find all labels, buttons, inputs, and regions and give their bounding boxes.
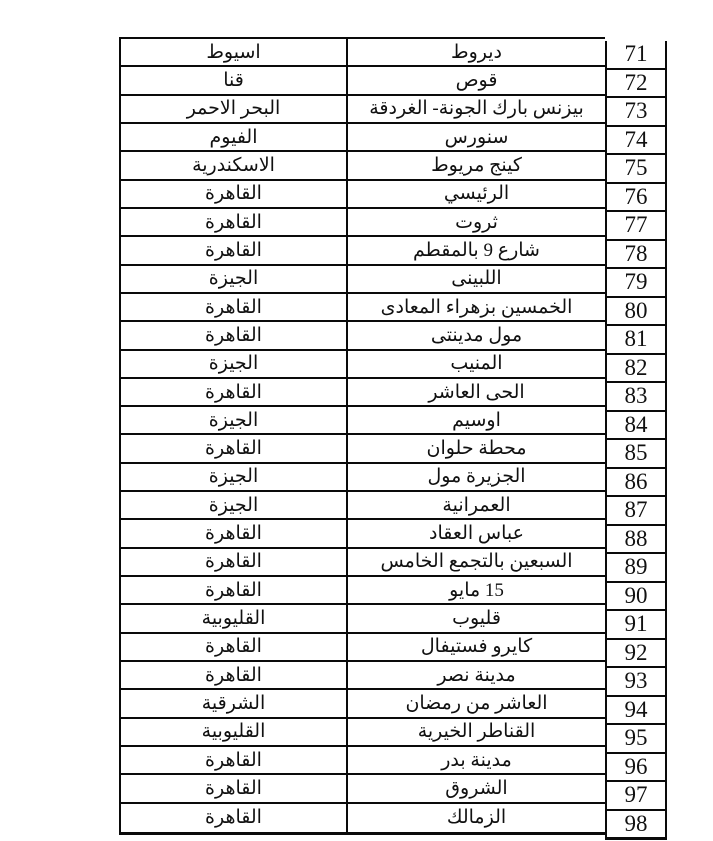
branch-cell: العمرانية — [346, 492, 605, 520]
row-number-cell: 90 — [607, 583, 665, 612]
governorate-cell: القليوبية — [121, 719, 346, 747]
row-number-cell: 83 — [607, 383, 665, 412]
branch-cell: ثروت — [346, 209, 605, 237]
governorate-cell: القاهرة — [121, 379, 346, 407]
governorate-cell: الجيزة — [121, 407, 346, 435]
governorate-cell: الجيزة — [121, 464, 346, 492]
governorate-cell: الفيوم — [121, 124, 346, 152]
branch-cell: كينج مريوط — [346, 152, 605, 180]
branch-cell: قوص — [346, 67, 605, 95]
row-number-cell: 80 — [607, 298, 665, 327]
governorate-cell: القاهرة — [121, 294, 346, 322]
document-page: 7172737475767778798081828384858687888990… — [0, 0, 713, 841]
branch-governorate-grid: ديروطاسيوطقوصقنابيزنس بارك الجونة- الغرد… — [119, 37, 605, 835]
governorate-cell: الاسكندرية — [121, 152, 346, 180]
row-number-cell: 95 — [607, 725, 665, 754]
governorate-cell: الجيزة — [121, 266, 346, 294]
row-number-cell: 91 — [607, 611, 665, 640]
governorate-cell: القاهرة — [121, 804, 346, 832]
branch-cell: الزمالك — [346, 804, 605, 832]
row-number-cell: 84 — [607, 412, 665, 441]
governorate-cell: القاهرة — [121, 549, 346, 577]
branch-cell: مول مدينتى — [346, 322, 605, 350]
row-number-cell: 88 — [607, 526, 665, 555]
governorate-cell: القاهرة — [121, 662, 346, 690]
branch-cell: سنورس — [346, 124, 605, 152]
row-number-cell: 81 — [607, 326, 665, 355]
row-number-cell: 96 — [607, 754, 665, 783]
branch-cell: ديروط — [346, 39, 605, 67]
row-number-cell: 97 — [607, 782, 665, 811]
governorate-cell: القاهرة — [121, 435, 346, 463]
row-number-cell: 93 — [607, 668, 665, 697]
row-number-cell: 78 — [607, 241, 665, 270]
branch-cell: بيزنس بارك الجونة- الغردقة — [346, 96, 605, 124]
row-number-cell: 86 — [607, 469, 665, 498]
row-number-cell: 82 — [607, 355, 665, 384]
governorate-cell: الشرقية — [121, 690, 346, 718]
row-number-cell: 87 — [607, 497, 665, 526]
branch-cell: السبعين بالتجمع الخامس — [346, 549, 605, 577]
branch-cell: كايرو فستيفال — [346, 634, 605, 662]
row-number-cell: 72 — [607, 70, 665, 99]
branch-cell: الخمسين بزهراء المعادى — [346, 294, 605, 322]
branch-cell: عباس العقاد — [346, 520, 605, 548]
branches-table: 7172737475767778798081828384858687888990… — [119, 37, 667, 841]
row-number-cell: 74 — [607, 127, 665, 156]
row-number-cell: 92 — [607, 640, 665, 669]
row-number-cell: 85 — [607, 440, 665, 469]
row-number-cell: 79 — [607, 269, 665, 298]
row-number-cell: 89 — [607, 554, 665, 583]
branch-cell: 15 مايو — [346, 577, 605, 605]
governorate-cell: الجيزة — [121, 492, 346, 520]
governorate-cell: القاهرة — [121, 237, 346, 265]
branch-cell: القناطر الخيرية — [346, 719, 605, 747]
branch-cell: محطة حلوان — [346, 435, 605, 463]
branch-cell: اوسيم — [346, 407, 605, 435]
branch-cell: شارع 9 بالمقطم — [346, 237, 605, 265]
branch-cell: العاشر من رمضان — [346, 690, 605, 718]
branch-cell: الرئيسي — [346, 181, 605, 209]
branch-cell: مدينة نصر — [346, 662, 605, 690]
governorate-cell: القليوبية — [121, 605, 346, 633]
branch-cell: الجزيرة مول — [346, 464, 605, 492]
governorate-cell: القاهرة — [121, 775, 346, 803]
row-number-cell: 75 — [607, 155, 665, 184]
governorate-cell: اسيوط — [121, 39, 346, 67]
branch-cell: المنيب — [346, 351, 605, 379]
branch-cell: اللبينى — [346, 266, 605, 294]
row-number-cell: 77 — [607, 212, 665, 241]
branch-cell: الحى العاشر — [346, 379, 605, 407]
branch-cell: مدينة بدر — [346, 747, 605, 775]
row-number-cell: 76 — [607, 184, 665, 213]
row-number-cell: 94 — [607, 697, 665, 726]
governorate-cell: القاهرة — [121, 747, 346, 775]
row-number-column: 7172737475767778798081828384858687888990… — [605, 41, 667, 840]
governorate-cell: القاهرة — [121, 209, 346, 237]
governorate-cell: القاهرة — [121, 577, 346, 605]
branch-cell: قليوب — [346, 605, 605, 633]
governorate-cell: القاهرة — [121, 634, 346, 662]
governorate-cell: الجيزة — [121, 351, 346, 379]
row-number-cell: 98 — [607, 811, 665, 838]
governorate-cell: القاهرة — [121, 322, 346, 350]
branch-cell: الشروق — [346, 775, 605, 803]
row-number-cell: 71 — [607, 41, 665, 70]
governorate-cell: قنا — [121, 67, 346, 95]
governorate-cell: البحر الاحمر — [121, 96, 346, 124]
governorate-cell: القاهرة — [121, 520, 346, 548]
governorate-cell: القاهرة — [121, 181, 346, 209]
row-number-cell: 73 — [607, 98, 665, 127]
